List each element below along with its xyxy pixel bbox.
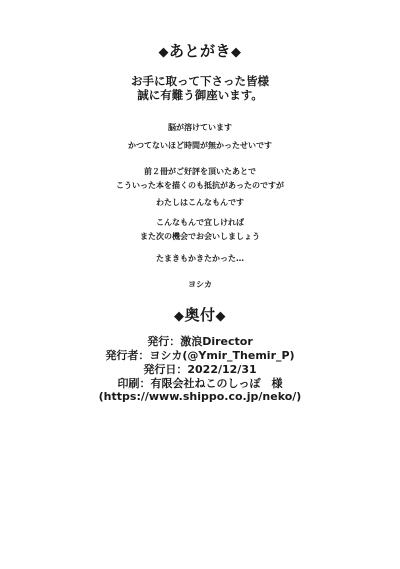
thanks-line-1: お手に取って下さった皆様 (0, 76, 400, 88)
afterword-text: わたしはこんなもんです (0, 199, 400, 207)
colophon-date: 発行日：2022/12/31 (0, 364, 400, 375)
afterword-text: たまきもかきたかった… (0, 255, 400, 263)
diamond-icon: ◆ (174, 310, 185, 323)
thanks-line-2: 誠に有難う御座います。 (0, 90, 400, 102)
afterword-text: かつてないほど時間が無かったせいです (0, 142, 400, 150)
diamond-icon: ◆ (231, 46, 242, 59)
afterword-text: 脳が溶けています (0, 124, 400, 132)
afterword-text: こういった本を描くのも抵抗があったのですが (0, 182, 400, 190)
afterword-text: こんなもんで宜しければ (0, 219, 400, 227)
colophon-publisher: 発行：激浪Director (0, 336, 400, 347)
colophon-heading: ◆奥付◆ (0, 308, 400, 323)
diamond-icon: ◆ (158, 46, 169, 59)
afterword-text: また次の機会でお会いしましょう (0, 233, 400, 241)
afterword-heading: ◆あとがき◆ (0, 44, 400, 59)
author-signature: ヨシカ (0, 281, 400, 289)
afterword-page: ◆あとがき◆ お手に取って下さった皆様 誠に有難う御座います。 脳が溶けています… (0, 0, 400, 569)
colophon-printer: 印刷：有限会社ねこのしっぽ 様 (0, 378, 400, 389)
diamond-icon: ◆ (216, 310, 227, 323)
colophon-issuer: 発行者：ヨシカ(@Ymir_Themir_P) (0, 350, 400, 361)
colophon-title: 奥付 (184, 306, 215, 324)
afterword-title: あとがき (169, 42, 231, 60)
colophon-printer-url: (https://www.shippo.co.jp/neko/) (0, 391, 400, 402)
afterword-text: 前２冊がご好評を頂いたあとで (0, 168, 400, 176)
